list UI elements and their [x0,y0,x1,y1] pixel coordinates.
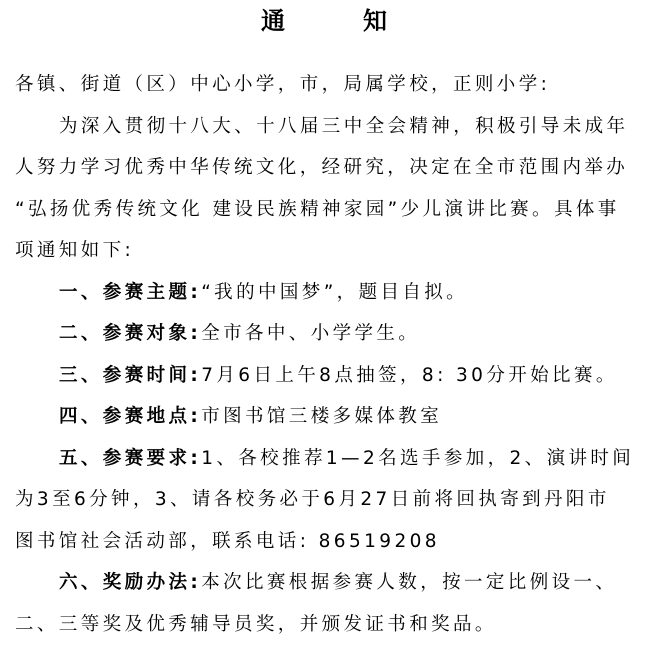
item-awards-line-2: 二、三等奖及优秀辅导员奖，并颁发证书和奖品。 [15,604,621,646]
item-theme: 一、参赛主题:“我的中国梦”，题目自拟。 [15,272,621,314]
title-char-2: 知 [363,4,387,38]
item-requirements-label: 五、参赛要求: [59,448,201,469]
intro-line-3: “弘扬优秀传统文化 建设民族精神家园”少儿演讲比赛。具体事 [15,189,621,231]
item-participants-text: 全市各中、小学学生。 [201,323,420,344]
document-body: 各镇、街道（区）中心小学，市，局属学校，正则小学: 为深入贯彻十八大、十八届三中… [15,64,621,645]
intro-line-2: 人努力学习优秀中华传统文化，经研究，决定在全市范围内举办 [15,147,621,189]
intro-line-4: 项通知如下: [15,230,621,272]
item-requirements-text-1: 1、各校推荐1—2名选手参加，2、演讲时间 [201,448,634,469]
item-requirements-line-3: 图书馆社会活动部，联系电话: 86519208 [15,521,621,563]
item-theme-label: 一、参赛主题: [59,282,201,303]
document-title: 通知 [0,4,648,38]
item-location-text: 市图书馆三楼多媒体教室 [201,406,442,427]
item-requirements: 五、参赛要求:1、各校推荐1—2名选手参加，2、演讲时间 [15,438,621,480]
title-char-1: 通 [261,4,285,38]
item-participants-label: 二、参赛对象: [59,323,201,344]
item-participants: 二、参赛对象:全市各中、小学学生。 [15,313,621,355]
salutation: 各镇、街道（区）中心小学，市，局属学校，正则小学: [15,64,621,106]
item-theme-text: “我的中国梦”，题目自拟。 [201,282,468,303]
item-awards-text-1: 本次比赛根据参赛人数，按一定比例设一、 [201,572,617,593]
item-time-label: 三、参赛时间: [59,365,201,386]
item-location-label: 四、参赛地点: [59,406,201,427]
item-location: 四、参赛地点:市图书馆三楼多媒体教室 [15,396,621,438]
item-requirements-line-2: 为3至6分钟，3、请各校务必于6月27日前将回执寄到丹阳市 [15,479,621,521]
intro-line-1: 为深入贯彻十八大、十八届三中全会精神，积极引导未成年 [15,106,621,148]
item-awards: 六、奖励办法:本次比赛根据参赛人数，按一定比例设一、 [15,562,621,604]
item-awards-label: 六、奖励办法: [59,572,201,593]
item-time-text: 7月6日上午8点抽签，8: 30分开始比赛。 [201,365,618,386]
item-time: 三、参赛时间:7月6日上午8点抽签，8: 30分开始比赛。 [15,355,621,397]
